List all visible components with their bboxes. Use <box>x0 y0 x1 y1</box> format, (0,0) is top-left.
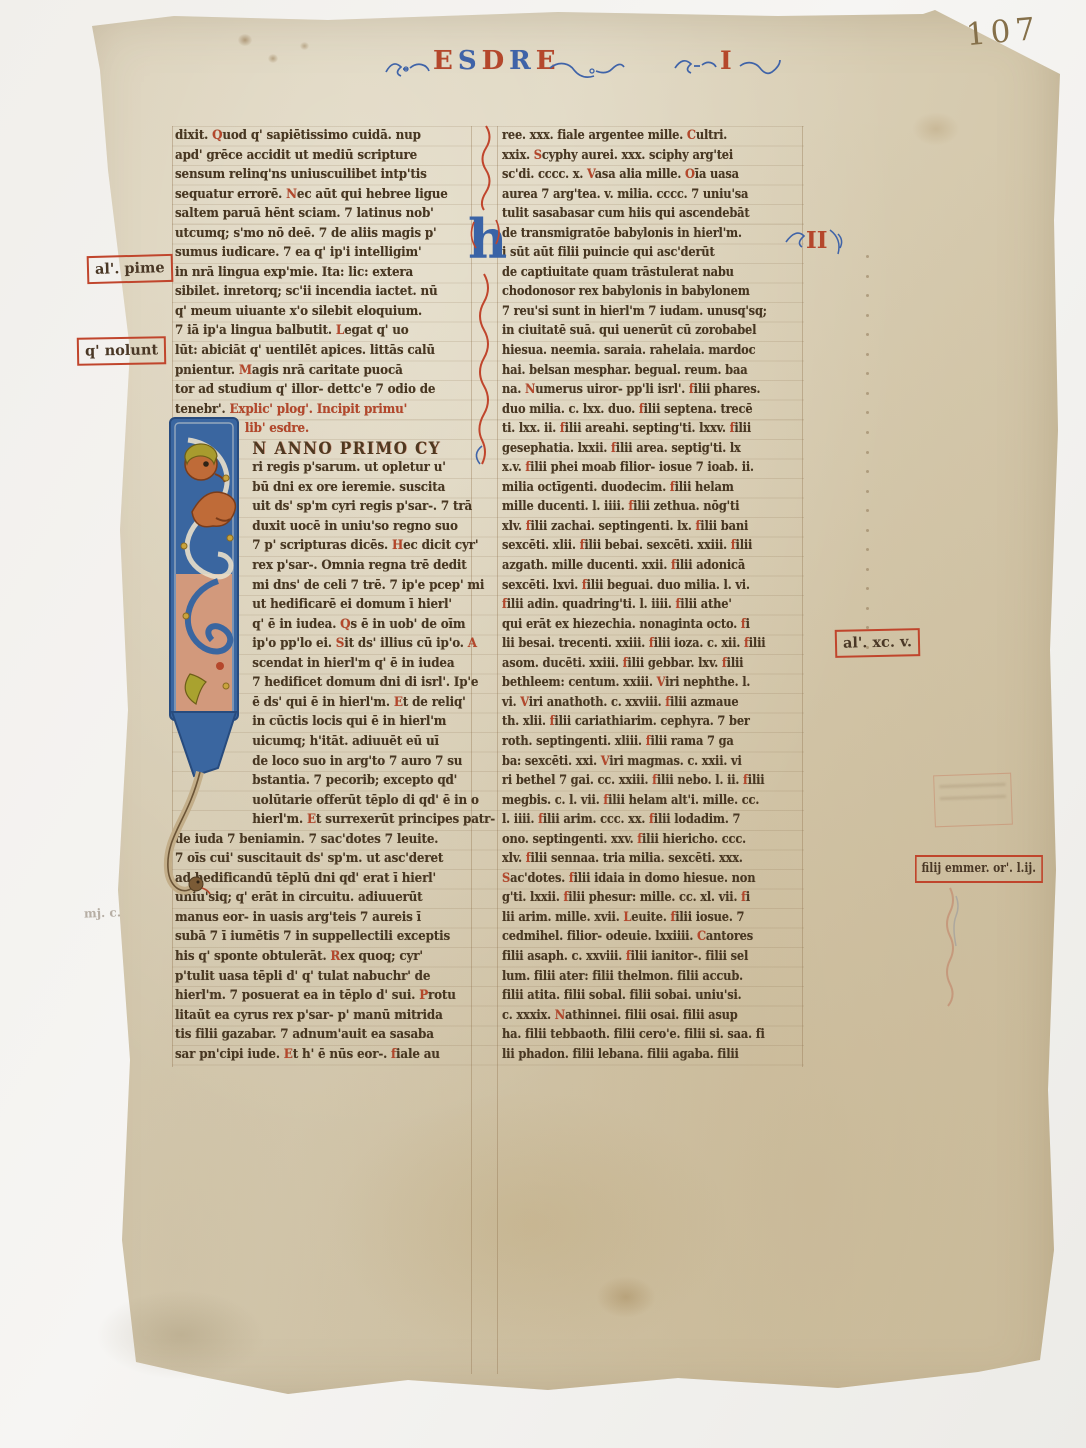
header-flourish-left-icon <box>383 56 431 80</box>
text-line: c. xxxix. Nathinnei. filii osai. filii a… <box>502 1006 766 1026</box>
pricking-hole <box>866 607 869 610</box>
text-line: subā 7 ī iumētis 7 in suppellectili exce… <box>175 927 448 947</box>
text-line: saltem paruā hēnt sciam. 7 latinus nob' <box>175 204 448 224</box>
pricking-hole <box>866 353 869 356</box>
margin-note-filii-emmer: filij emmer. or'. l.ij. <box>915 855 1043 883</box>
header-flourish-right-icon <box>548 56 626 80</box>
margin-note-al-xcv: al'. xc. v. <box>835 628 921 658</box>
text-line: in nrā lingua exp'mie. Ita: lic: extera <box>175 263 448 283</box>
text-line: sensum relinq'ns uniuscuilibet intp'tis <box>175 165 448 185</box>
text-line: megbis. c. l. vii. filii helam alt'i. mi… <box>502 791 766 811</box>
text-line: qui erāt ex hiezechia. nonaginta octo. f… <box>502 615 766 635</box>
pricking-hole <box>866 431 869 434</box>
book-numeral: I <box>720 46 732 75</box>
pricking-hole <box>866 490 869 493</box>
text-line: ha. filii tebbaoth. filii cero'e. filii … <box>502 1025 766 1045</box>
text-line: lūt: abiciāt q' uentilēt apices. littās … <box>175 341 448 361</box>
running-header-title: ESDRE <box>433 46 556 76</box>
text-line: dixit. Quod q' sapiētissimo cuidā. nup <box>175 126 448 146</box>
pricking-hole <box>866 568 869 571</box>
manuscript-scan: ESDRE I 107 dixit. Quod q' sapiētissimo … <box>0 0 1086 1448</box>
text-line: litaūt ea cyrus rex p'sar- p' manū mitri… <box>175 1006 448 1026</box>
header-letter: S <box>458 46 477 76</box>
pricking-hole <box>866 314 869 317</box>
text-line: tis filii gazabar. 7 adnum'auit ea sasab… <box>175 1025 448 1045</box>
text-line: utcumq; s'mo nō deē. 7 de aliis magis p' <box>175 224 448 244</box>
faint-margin-mark: mj. c. <box>84 905 121 920</box>
margin-note-qui-nolunt: q' nolunt <box>77 336 167 366</box>
text-line: azgath. mille ducenti. xxii. filii adoni… <box>502 556 766 576</box>
pricking-hole <box>866 392 869 395</box>
text-line: tulit sasabasar cum hiis qui ascendebāt <box>502 204 766 224</box>
text-line: hierl'm. 7 posuerat ea in tēplo d' sui. … <box>175 986 448 1006</box>
text-line: aurea 7 arg'tea. v. milia. cccc. 7 uniu'… <box>502 185 766 205</box>
svg-text:h: h <box>468 207 507 271</box>
text-line: lii besai. trecenti. xxiii. filii ioza. … <box>502 634 766 654</box>
text-line: roth. septingenti. xliii. filii rama 7 g… <box>502 732 766 752</box>
text-line: vi. Viri anathoth. c. xxviii. filii azma… <box>502 693 766 713</box>
text-line: na. Numerus uiror- pp'li isrl'. filii ph… <box>502 380 766 400</box>
text-line: Sac'dotes. filii idaia in domo hiesue. n… <box>502 869 766 889</box>
text-column-right: ree. xxx. fiale argentee mille. Cultri.x… <box>502 126 802 1064</box>
text-line: cedmihel. filior- odeuie. lxxiiii. Canto… <box>502 927 766 947</box>
folio-number: 107 <box>965 11 1042 53</box>
text-line: 7 reu'si sunt in hierl'm 7 iudam. unusq'… <box>502 302 766 322</box>
text-line: duo milia. c. lxx. duo. filii septena. t… <box>502 400 766 420</box>
text-line: filii atita. filii sobal. filii sobai. u… <box>502 986 766 1006</box>
text-line: p'tulit uasa tēpli d' q' tulat nabuchr' … <box>175 967 448 987</box>
text-line: th. xlii. filii cariathiarim. cephyra. 7… <box>502 712 766 732</box>
header-letter: R <box>509 46 531 76</box>
margin-note-al-prime: al'. pime <box>87 254 173 284</box>
text-line: de transmigratōe babylonis in hierl'm. <box>502 224 766 244</box>
text-line: g'ti. lxxii. filii phesur: mille. cc. xl… <box>502 888 766 908</box>
pricking-hole <box>866 451 869 454</box>
show-through-note <box>933 773 1013 828</box>
text-line: pnientur. Magis nrā caritate puocā <box>175 361 448 381</box>
pricking-hole <box>866 529 869 532</box>
text-line: xlv. filii sennaa. tria milia. sexcēti. … <box>502 849 766 869</box>
text-line: filii asaph. c. xxviii. filii ianitor-. … <box>502 947 766 967</box>
text-line: hai. belsan mesphar. begual. reum. baa <box>502 361 766 381</box>
text-line: asom. ducēti. xxiii. filii gebbar. lxv. … <box>502 654 766 674</box>
ruling-vertical <box>802 126 803 1067</box>
text-line: hiesua. neemia. saraia. rahelaia. mardoc <box>502 341 766 361</box>
text-line: sexcēti. lxvi. filii beguai. duo milia. … <box>502 576 766 596</box>
text-line: in ciuitatē suā. qui uenerūt cū zorobabe… <box>502 321 766 341</box>
text-line: sexcēti. xlii. filii bebai. sexcēti. xxi… <box>502 536 766 556</box>
text-line: xlv. filii zachai. septingenti. lx. fili… <box>502 517 766 537</box>
header-letter: E <box>433 46 453 76</box>
text-line: ono. septingenti. xxv. filii hiericho. c… <box>502 830 766 850</box>
numeral-flourish-right-icon <box>738 54 782 78</box>
text-line: l. iiii. filii arim. ccc. xx. filii loda… <box>502 810 766 830</box>
header-letter: D <box>482 46 505 76</box>
text-line: sar pn'cipi iude. Et h' ē nūs eor-. fial… <box>175 1045 448 1065</box>
text-line: lum. filii ater: filii thelmon. filii ac… <box>502 967 766 987</box>
text-line: x.v. filii phei moab filior- iosue 7 ioa… <box>502 458 766 478</box>
penwork-filigree-icon <box>482 126 490 210</box>
text-line: de captiuitate quam trāstulerat nabu <box>502 263 766 283</box>
text-line: sc'di. cccc. x. Vasa alia mille. Oīa uas… <box>502 165 766 185</box>
text-line: 7 iā ip'a lingua balbutit. Legat q' uo <box>175 321 448 341</box>
text-line: i sūt aūt filii puincie qui asc'derūt <box>502 243 766 263</box>
svg-text:II: II <box>806 227 828 254</box>
illuminated-initial-i <box>160 416 260 916</box>
text-line: mille ducenti. l. iiii. filii zethua. nō… <box>502 497 766 517</box>
text-line: ba: sexcēti. xxi. Viri magmas. c. xxii. … <box>502 752 766 772</box>
text-line: sumus iudicare. 7 ea q' ip'i intelligim' <box>175 243 448 263</box>
bleed-through-mark <box>938 886 962 1016</box>
text-line: bethleem: centum. xxiii. Viri nephthe. l… <box>502 673 766 693</box>
pricking-hole <box>866 255 869 258</box>
text-line: lii arim. mille. xvii. Leuite. filii ios… <box>502 908 766 928</box>
chapter-initial-h: h <box>466 124 506 469</box>
text-line: gesephatia. lxxii. filii area. septig'ti… <box>502 439 766 459</box>
numeral-flourish-left-icon <box>672 54 718 78</box>
chapter-marker-ii: II <box>782 222 844 258</box>
pricking-hole <box>866 275 869 278</box>
text-line: ti. lxx. ii. filii areahi. septing'ti. l… <box>502 419 766 439</box>
text-line: milia octīgenti. duodecim. filii helam <box>502 478 766 498</box>
text-line: chodonosor rex babylonis in babylonem <box>502 282 766 302</box>
text-line: lii phadon. filii lebana. filii agaba. f… <box>502 1045 766 1065</box>
text-line: his q' sponte obtulerāt. Rex quoq; cyr' <box>175 947 448 967</box>
text-line: tor ad studium q' illor- dettc'e 7 odio … <box>175 380 448 400</box>
text-line: sequatur errorē. Nec aūt qui hebree ligu… <box>175 185 448 205</box>
text-line: ri bethel 7 gai. cc. xxiii. filii nebo. … <box>502 771 766 791</box>
text-line: xxix. Scyphy aurei. xxx. sciphy arg'tei <box>502 146 766 166</box>
text-line: apd' grēce accidit ut mediū scripture <box>175 146 448 166</box>
text-line: sibilet. inretorq; sc'ii incendia iactet… <box>175 282 448 302</box>
text-line: filii adin. quadring'ti. l. iiii. filii … <box>502 595 766 615</box>
text-line: ree. xxx. fiale argentee mille. Cultri. <box>502 126 766 146</box>
text-line: q' meum uiuante x'o silebit eloquium. <box>175 302 448 322</box>
